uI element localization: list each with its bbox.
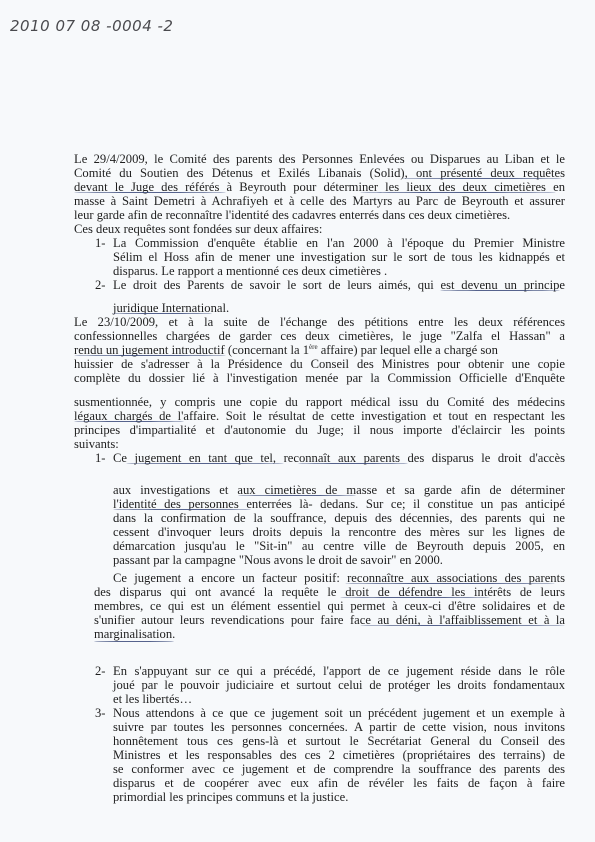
text-line: disparus. Le rapport a mentionné ces deu…	[113, 264, 565, 278]
list-marker: 3-	[95, 706, 106, 720]
text-line: Ministres et les responsables des ces 2 …	[113, 748, 565, 762]
text-line: marginalisation.	[94, 627, 565, 641]
handwritten-underline	[238, 495, 356, 496]
text-line: principes d'impartialité et d'autonomie …	[74, 423, 565, 437]
text-line: cessent d'invoquer leurs droits depuis l…	[113, 525, 565, 539]
text-line: et les libertés…	[113, 692, 565, 706]
text-line: leur garde afin de reconnaître l'identit…	[74, 208, 565, 222]
text-line: passant par la campagne "Nous avons le d…	[113, 553, 565, 567]
text-line: complète du dossier lié à l'investigatio…	[74, 371, 565, 385]
text-line: Le 23/10/2009, et à la suite de l'échang…	[74, 315, 565, 329]
text-line: dans la confirmation de la souffrance, d…	[113, 511, 565, 525]
text-line: Nous attendons à ce que ce jugement soit…	[113, 706, 565, 720]
text-line: Ces deux requêtes sont fondées sur deux …	[74, 222, 565, 236]
text-line: suivre par toutes les personnes concerné…	[113, 720, 565, 734]
handwritten-underline	[345, 583, 555, 584]
text-line: huissier de s'adresser à la Présidence d…	[74, 357, 565, 371]
handwritten-underline	[440, 290, 560, 291]
handwritten-underline	[112, 313, 212, 314]
text-line: primordial les principes communs et la j…	[113, 790, 565, 804]
text-line: confessionnelles chargées de garder ces …	[74, 329, 565, 343]
handwritten-underline	[360, 192, 556, 193]
handwritten-reference: 2010 07 08 -0004 -2	[10, 17, 173, 35]
handwritten-underline	[74, 421, 184, 422]
text-line: joué par le pouvoir judiciaire et surtou…	[113, 678, 565, 692]
text-line: démarcation jusqu'au le "Sit-in" au cent…	[113, 539, 565, 553]
list-marker: 1-	[95, 451, 106, 465]
handwritten-underline	[94, 641, 174, 642]
text-line: Sélim el Hoss afin de mener une investig…	[113, 250, 565, 264]
handwritten-underline	[113, 509, 251, 510]
handwritten-underline	[402, 178, 562, 179]
text-segment-end: affaire) par lequel elle a chargé son	[318, 343, 498, 357]
text-line: se conformer avec ce jugement et de comp…	[113, 762, 565, 776]
handwritten-underline	[74, 355, 226, 356]
list-marker: 2-	[95, 278, 106, 292]
text-line: Le 29/4/2009, le Comité des parents des …	[74, 152, 565, 166]
superscript: ère	[309, 343, 318, 351]
text-line: disparus et de coopérer avec eux afin de…	[113, 776, 565, 790]
text-line: masse à Saint Demetri à Achrafiyeh et à …	[74, 194, 565, 208]
text-line: susmentionnée, y compris une copie du ra…	[74, 395, 565, 409]
text-line: La Commission d'enquête établie en l'an …	[113, 236, 565, 250]
handwritten-underline	[340, 597, 490, 598]
handwritten-underline	[298, 463, 408, 464]
text-line: membres, ce qui est un élément essentiel…	[94, 599, 565, 613]
text-line: En s'appuyant sur ce qui a précédé, l'ap…	[113, 664, 565, 678]
handwritten-underline	[360, 625, 565, 626]
text-line: des disparus qui ont avancé la requête l…	[94, 585, 565, 599]
handwritten-underline	[74, 192, 226, 193]
list-marker: 1-	[95, 236, 106, 250]
scanned-document-page: 2010 07 08 -0004 -2 Le 29/4/2009, le Com…	[0, 0, 595, 842]
list-marker: 2-	[95, 664, 106, 678]
text-line: honnêtement tous ces gens-là et surtout …	[113, 734, 565, 748]
text-line: suivants:	[74, 437, 565, 451]
